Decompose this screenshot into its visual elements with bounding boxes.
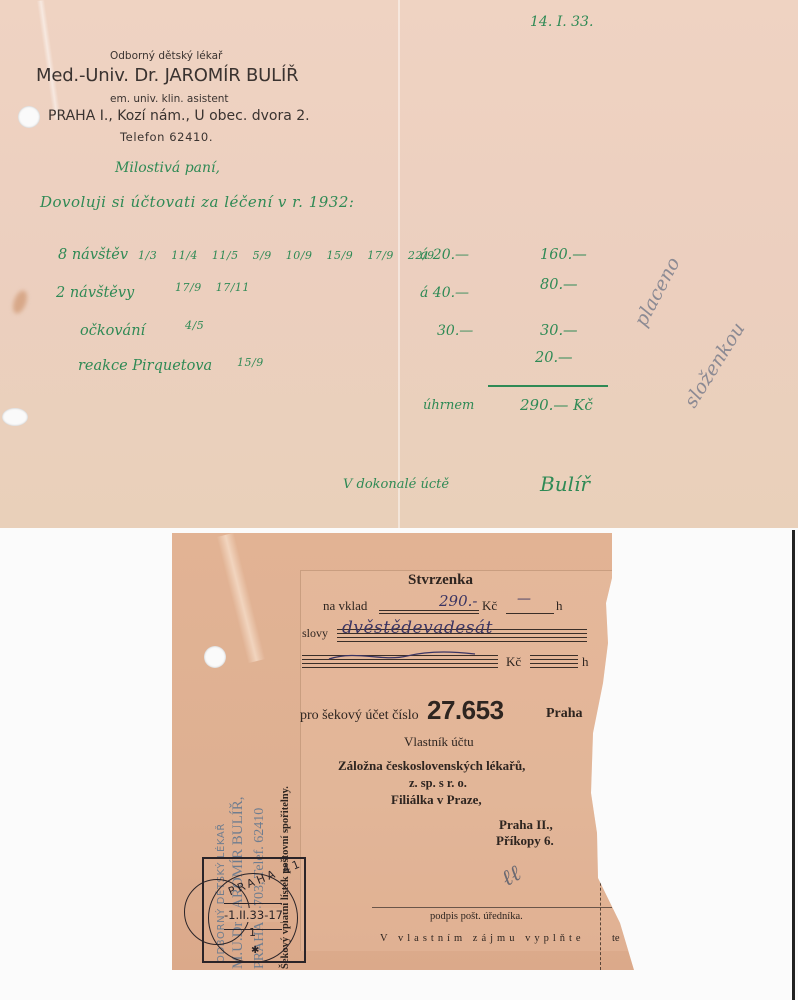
deposit-label: na vklad — [323, 598, 367, 614]
item-description: reakce Pirquetova — [78, 358, 212, 374]
intro-line: Dovoluji si účtovati za léčení v r. 1932… — [40, 193, 354, 211]
deposit-field-line — [379, 610, 479, 611]
item-description: 8 návštěv — [58, 247, 128, 263]
footer-note-cut: te — [612, 933, 620, 944]
letterhead-position: em. univ. klin. asistent — [110, 93, 229, 105]
deposit-heller: — — [517, 591, 531, 607]
signature-line — [372, 907, 612, 908]
punch-hole — [18, 106, 40, 128]
salutation: Milostivá paní, — [115, 160, 220, 176]
line-item: reakce Pirquetova 15/9 20.— — [0, 358, 798, 382]
amount-in-words: dvěstědevadesát — [342, 618, 493, 638]
currency-label: Kč — [506, 654, 521, 670]
stamp-date: -1.II.33-17 — [224, 908, 283, 922]
item-dates: 15/9 — [237, 356, 264, 369]
words-label: slovy — [302, 626, 328, 641]
letter-date: 14. I. 33. — [530, 14, 593, 30]
paper-crease — [37, 0, 62, 120]
item-dates: 4/5 — [185, 319, 204, 332]
owner-legal-form: z. sp. s r. o. — [409, 776, 467, 791]
letterhead-address: PRAHA I., Kozí nám., U obec. dvora 2. — [48, 108, 310, 124]
letterhead-specialty: Odborný dětský lékař — [110, 50, 222, 62]
total-amount: 290.— Kč — [520, 396, 593, 414]
item-amount: 160.— — [540, 247, 587, 263]
item-dates: 1/3 11/4 11/5 5/9 10/9 15/9 17/9 22/9 — [138, 249, 435, 262]
item-amount: 30.— — [540, 323, 578, 339]
item-description: 2 návštěvy — [56, 285, 134, 301]
heller-label: h — [556, 598, 563, 614]
owner-street: Příkopy 6. — [496, 833, 554, 849]
punch-hole — [2, 408, 28, 426]
currency-label: Kč — [482, 598, 497, 614]
stamp-bar — [224, 903, 282, 904]
postmark-stamp: PRAHA 41 -1.II.33-17 1 ✱ — [172, 833, 312, 973]
item-rate: á 20.— — [420, 247, 469, 263]
strike-wave-icon — [327, 650, 477, 662]
owner-name: Záložna československých lékařů, — [338, 758, 525, 774]
postal-receipt: ODBORNÝ DĚTSKÝ LÉKAŘ M.U.Dr. JAROMÍR BUL… — [172, 533, 642, 970]
owner-label: Vlastník účtu — [404, 734, 474, 750]
scan-edge — [792, 530, 795, 1000]
item-description: očkování — [80, 323, 145, 339]
paper-crease — [217, 533, 266, 663]
receipt-title: Stvrzenka — [408, 572, 473, 589]
closing: V dokonalé úctě — [343, 477, 449, 492]
line-item: 2 návštěvy 17/9 17/11 á 40.— 80.— — [0, 285, 798, 309]
stamp-number: 1 — [249, 926, 256, 939]
deposit-field-line — [379, 613, 479, 614]
line-item: očkování 4/5 30.— 30.— — [0, 323, 798, 347]
owner-city: Praha II., — [499, 817, 553, 833]
punch-hole — [204, 646, 226, 668]
footer-note: V vlastním zájmu vyplňte — [380, 933, 585, 944]
sum-line — [488, 385, 608, 387]
deposit-amount: 290.- — [439, 592, 477, 610]
stamp-star-icon: ✱ — [251, 945, 259, 956]
item-dates: 17/9 17/11 — [175, 281, 250, 294]
account-city: Praha — [546, 706, 583, 722]
item-amount: 20.— — [535, 350, 573, 366]
signature-label: podpis pošt. úředníka. — [430, 911, 523, 922]
account-label: pro šekový účet číslo — [300, 708, 419, 724]
heller-label: h — [582, 654, 589, 670]
signature: Bulíř — [540, 472, 590, 496]
letterhead-name: Med.-Univ. Dr. JAROMÍR BULÍŘ — [36, 65, 298, 86]
heller-field-lines — [530, 655, 578, 668]
perforation-line — [600, 863, 601, 970]
heller-field-line — [506, 613, 554, 614]
account-number: 27.653 — [427, 695, 504, 726]
letterhead-phone: Telefon 62410. — [120, 130, 213, 144]
item-rate: á 40.— — [420, 285, 469, 301]
invoice-letter: 14. I. 33. Odborný dětský lékař Med.-Uni… — [0, 0, 798, 528]
total-label: úhrnem — [423, 398, 474, 413]
item-amount: 80.— — [540, 277, 578, 293]
item-rate: 30.— — [437, 323, 473, 339]
owner-branch: Filiálka v Praze, — [391, 792, 482, 808]
